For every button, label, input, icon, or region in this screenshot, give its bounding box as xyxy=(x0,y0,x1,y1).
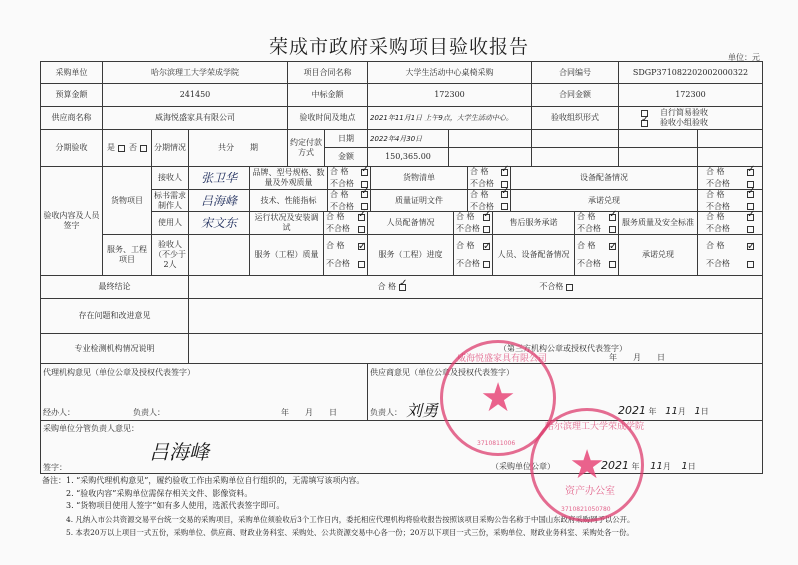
check-item-label: 承诺兑现 xyxy=(618,234,698,276)
pass-checkbox[interactable] xyxy=(483,214,490,221)
receiver-signature: 张卫华 xyxy=(188,166,250,190)
pass-label: 合 格 xyxy=(326,211,345,223)
pass-checkbox[interactable] xyxy=(747,169,754,176)
conclusion-result: 合 格 不合格 xyxy=(188,275,763,299)
user-signature: 宋文东 xyxy=(188,211,250,235)
purchaser-head-label: 采购单位分管负责人意见： xyxy=(43,424,139,434)
purchaser-label: 采购单位 xyxy=(40,61,103,84)
pass-label: 合 格 xyxy=(706,211,725,223)
org-form-option-group[interactable]: 验收小组验收 xyxy=(641,118,708,128)
supplier-person-signature: 刘勇 xyxy=(406,402,438,420)
check-item-result: 合 格 不合格 xyxy=(697,211,763,235)
installment-label: 分期验收 xyxy=(40,129,103,167)
pass-label: 合 格 xyxy=(330,189,349,201)
check-item-result: 合 格 不合格 xyxy=(323,234,368,276)
checkbox-group[interactable] xyxy=(641,120,648,127)
check-item-label: 承诺兑现 xyxy=(510,189,698,212)
check-item-label: 售后服务承诺 xyxy=(492,211,575,235)
supplier-seal-text: 威海悦盛家具有限公司 xyxy=(457,351,547,364)
org-form-label: 验收组织形式 xyxy=(531,106,619,130)
purchaser-value: 哈尔滨理工大学荣成学院 xyxy=(102,61,288,84)
note-item: 5. 本表20万以上项目一式五份，采购单位、供应商、财政业务科室、采购处、公共资… xyxy=(66,528,634,538)
acceptance-time-value: 2021年11月1日 上午9点，大学生活动中心。 xyxy=(367,106,532,130)
pass-checkbox[interactable] xyxy=(609,243,616,250)
check-item-label: 品牌、型号规格、数量及外观质量 xyxy=(249,166,328,190)
fail-checkbox[interactable] xyxy=(501,203,508,210)
agency-date: 年 月 日 xyxy=(281,408,337,418)
check-item-result: 合 格 不合格 xyxy=(574,211,619,235)
fail-checkbox[interactable] xyxy=(747,226,754,233)
acceptance-time-label: 验收时间及地点 xyxy=(287,106,368,130)
pass-checkbox[interactable] xyxy=(501,191,508,198)
pass-label: 合 格 xyxy=(706,166,725,178)
acceptance-section-label: 验收内容及人员签字 xyxy=(40,166,103,276)
fail-checkbox[interactable] xyxy=(358,226,365,233)
receiver-label: 接收人 xyxy=(151,166,189,190)
check-item-result: 合 格 不合格 xyxy=(323,211,368,235)
pass-label: 合 格 xyxy=(577,237,596,255)
check-item-result: 合 格 不合格 xyxy=(574,234,619,276)
fail-label: 不合格 xyxy=(706,255,730,273)
supplier-label: 供应商名称 xyxy=(40,106,103,130)
conclusion-label: 最终结论 xyxy=(40,275,189,299)
note-item: 4. 凡纳入市公共资源交易平台统一交易的采购项目，采购单位须验收后3个工作日内，… xyxy=(66,515,634,525)
pass-checkbox[interactable] xyxy=(747,243,754,250)
conclusion-pass-label: 合 格 xyxy=(378,282,397,291)
purchaser-head-signature: 吕海峰 xyxy=(149,441,209,463)
pass-checkbox[interactable] xyxy=(361,191,368,198)
payment-amount-value: 150,365.00 xyxy=(367,147,449,167)
pass-label: 合 格 xyxy=(456,211,475,223)
fail-label: 不合格 xyxy=(577,255,601,273)
check-item-label: 技术、性能指标 xyxy=(249,189,328,212)
pass-checkbox[interactable] xyxy=(747,214,754,221)
purchaser-seal: ★ 哈尔滨理工大学荣成学院 资产办公室 3710821050780 xyxy=(530,408,644,522)
contract-amount-label: 合同金额 xyxy=(531,83,619,107)
contract-no-label: 合同编号 xyxy=(531,61,619,84)
fail-checkbox[interactable] xyxy=(483,261,490,268)
supplier-seal-code: 3710811006 xyxy=(477,440,515,447)
user-label: 使用人 xyxy=(151,211,189,235)
installment-yes-checkbox[interactable] xyxy=(118,145,125,152)
notes-label: 备注： xyxy=(42,476,66,486)
agency-person-label: 负责人： xyxy=(133,408,165,418)
check-item-label: 人员配备情况 xyxy=(367,211,454,235)
service-label: 服务、工程项目 xyxy=(102,234,152,276)
installment-periods: 共分 期 xyxy=(188,129,288,167)
check-item-label: 质量证明文件 xyxy=(370,189,468,212)
supplier-value: 威海悦盛家具有限公司 xyxy=(102,106,288,130)
contract-amount-value: 172300 xyxy=(618,83,763,107)
pass-label: 合 格 xyxy=(470,189,489,201)
service-receiver-signature xyxy=(188,234,250,276)
agency-opinion: 代理机构意见（单位公章及授权代表签字） 经办人： 负责人： 年 月 日 xyxy=(40,363,368,421)
agency-handler-label: 经办人： xyxy=(43,408,75,418)
blank-cell xyxy=(618,147,698,167)
budget-value: 241450 xyxy=(102,83,288,107)
payment-date-label: 日期 xyxy=(324,129,368,148)
blank-cell xyxy=(448,147,532,167)
org-form-option-self[interactable]: 自行简易验收 xyxy=(641,108,708,118)
installment-situation-label: 分期情况 xyxy=(151,129,189,167)
note-item: 2. “验收内容”采购单位需保存相关文件、影像资料。 xyxy=(66,489,252,499)
purchaser-date-month: 11 xyxy=(650,461,663,472)
issues-label: 存在问题和改进意见 xyxy=(40,298,189,334)
blank-cell xyxy=(531,147,619,167)
purchaser-seal-text: 哈尔滨理工大学荣成学院 xyxy=(545,419,644,432)
purchaser-date-day: 1 xyxy=(681,461,687,472)
conclusion-pass: 合 格 xyxy=(378,282,407,292)
fail-label: 不合格 xyxy=(456,255,480,273)
pass-checkbox[interactable] xyxy=(358,243,365,250)
winning-bid-label: 中标金额 xyxy=(287,83,368,107)
agency-label: 代理机构意见（单位公章及授权代表签字） xyxy=(43,368,195,378)
note-item: 1. “采购代理机构意见”，履约验收工作由采购单位自行组织的，无需填写该项内容。 xyxy=(66,476,364,486)
pass-label: 合 格 xyxy=(470,166,489,178)
inspection-date: 年 月 日 xyxy=(609,353,665,363)
pass-checkbox[interactable] xyxy=(609,214,616,221)
check-item-label: 服务质量及安全标准 xyxy=(618,211,698,235)
org-form-option-group-label: 验收小组验收 xyxy=(660,118,708,128)
blank-cell xyxy=(697,129,763,148)
check-item-result: 合 格 不合格 xyxy=(453,211,493,235)
fail-checkbox[interactable] xyxy=(358,261,365,268)
page-title: 荣成市政府采购项目验收报告 xyxy=(0,32,798,59)
check-item-result: 合 格 不合格 xyxy=(453,234,493,276)
pass-checkbox[interactable] xyxy=(361,169,368,176)
budget-label: 预算金额 xyxy=(40,83,103,107)
pass-label: 合 格 xyxy=(456,237,475,255)
contract-no-value: SDGP371082202002000322 xyxy=(618,61,763,84)
check-item-label: 服务（工程）进度 xyxy=(367,234,454,276)
fail-checkbox[interactable] xyxy=(609,261,616,268)
purchaser-head-sign-label: 签字： xyxy=(43,463,67,473)
blank-cell xyxy=(618,129,698,148)
installment-no-label: 否 xyxy=(129,143,137,153)
pass-label: 合 格 xyxy=(330,166,349,178)
conclusion-fail: 不合格 xyxy=(539,282,573,292)
conclusion-pass-checkbox[interactable] xyxy=(399,284,406,291)
winning-bid-value: 172300 xyxy=(367,83,532,107)
purchaser-head-opinion: 采购单位分管负责人意见： 签字： 吕海峰 （采购单位公章） 2021 年 11月… xyxy=(40,420,763,474)
contract-name-value: 大学生活动中心桌椅采购 xyxy=(367,61,532,84)
pass-checkbox[interactable] xyxy=(747,191,754,198)
fail-checkbox[interactable] xyxy=(483,226,490,233)
service-receiver-label: 验收人（不少于2人 xyxy=(151,234,189,276)
installment-yes-label: 是 xyxy=(107,143,115,153)
payment-label: 约定付款方式 xyxy=(287,129,325,167)
inspection-label: 专业检测机构情况说明 xyxy=(40,333,189,364)
blank-cell xyxy=(531,129,619,148)
pass-label: 合 格 xyxy=(706,237,725,255)
check-item-label: 运行状况及安装调试 xyxy=(249,211,324,235)
fail-checkbox[interactable] xyxy=(609,226,616,233)
fail-label: 不合格 xyxy=(326,255,350,273)
purchaser-seal-code: 3710821050780 xyxy=(561,506,611,513)
pass-label: 合 格 xyxy=(706,189,725,201)
check-item-label: 设备配备情况 xyxy=(510,166,698,190)
note-item: 3. “货物项目使用人签字”如有多人使用，选派代表签字即可。 xyxy=(66,501,284,511)
pass-checkbox[interactable] xyxy=(501,169,508,176)
blank-cell xyxy=(448,129,532,148)
tender-maker-label: 标书需求制作人 xyxy=(151,189,189,212)
goods-label: 货物项目 xyxy=(102,166,152,235)
check-item-result: 合 格 不合格 xyxy=(697,234,763,276)
conclusion-fail-checkbox[interactable] xyxy=(566,284,573,291)
pass-checkbox[interactable] xyxy=(358,214,365,221)
fail-checkbox[interactable] xyxy=(747,261,754,268)
conclusion-fail-label: 不合格 xyxy=(539,282,563,291)
pass-label: 合 格 xyxy=(577,211,596,223)
contract-name-label: 项目合同名称 xyxy=(287,61,368,84)
tender-maker-signature: 吕海峰 xyxy=(188,189,250,212)
check-item-label: 服务（工程）质量 xyxy=(249,234,324,276)
purchaser-seal-subtext: 资产办公室 xyxy=(565,482,615,497)
supplier-date-year: 2021 xyxy=(618,404,646,417)
installment-choice: 是 否 xyxy=(102,129,152,167)
issues-value[interactable] xyxy=(188,298,763,334)
pass-checkbox[interactable] xyxy=(483,243,490,250)
supplier-date-month: 11 xyxy=(665,406,678,417)
installment-no-checkbox[interactable] xyxy=(140,145,147,152)
org-form-options: 自行简易验收 验收小组验收 xyxy=(618,106,763,130)
supplier-person-label: 负责人： xyxy=(370,408,402,418)
check-item-label: 货物清单 xyxy=(370,166,468,190)
pass-label: 合 格 xyxy=(326,237,345,255)
supplier-date-day: 1 xyxy=(694,406,700,417)
check-item-label: 人员、设备配备情况 xyxy=(492,234,575,276)
org-form-option-self-label: 自行简易验收 xyxy=(660,108,708,118)
payment-date-value: 2022年4月30日 xyxy=(367,129,449,148)
